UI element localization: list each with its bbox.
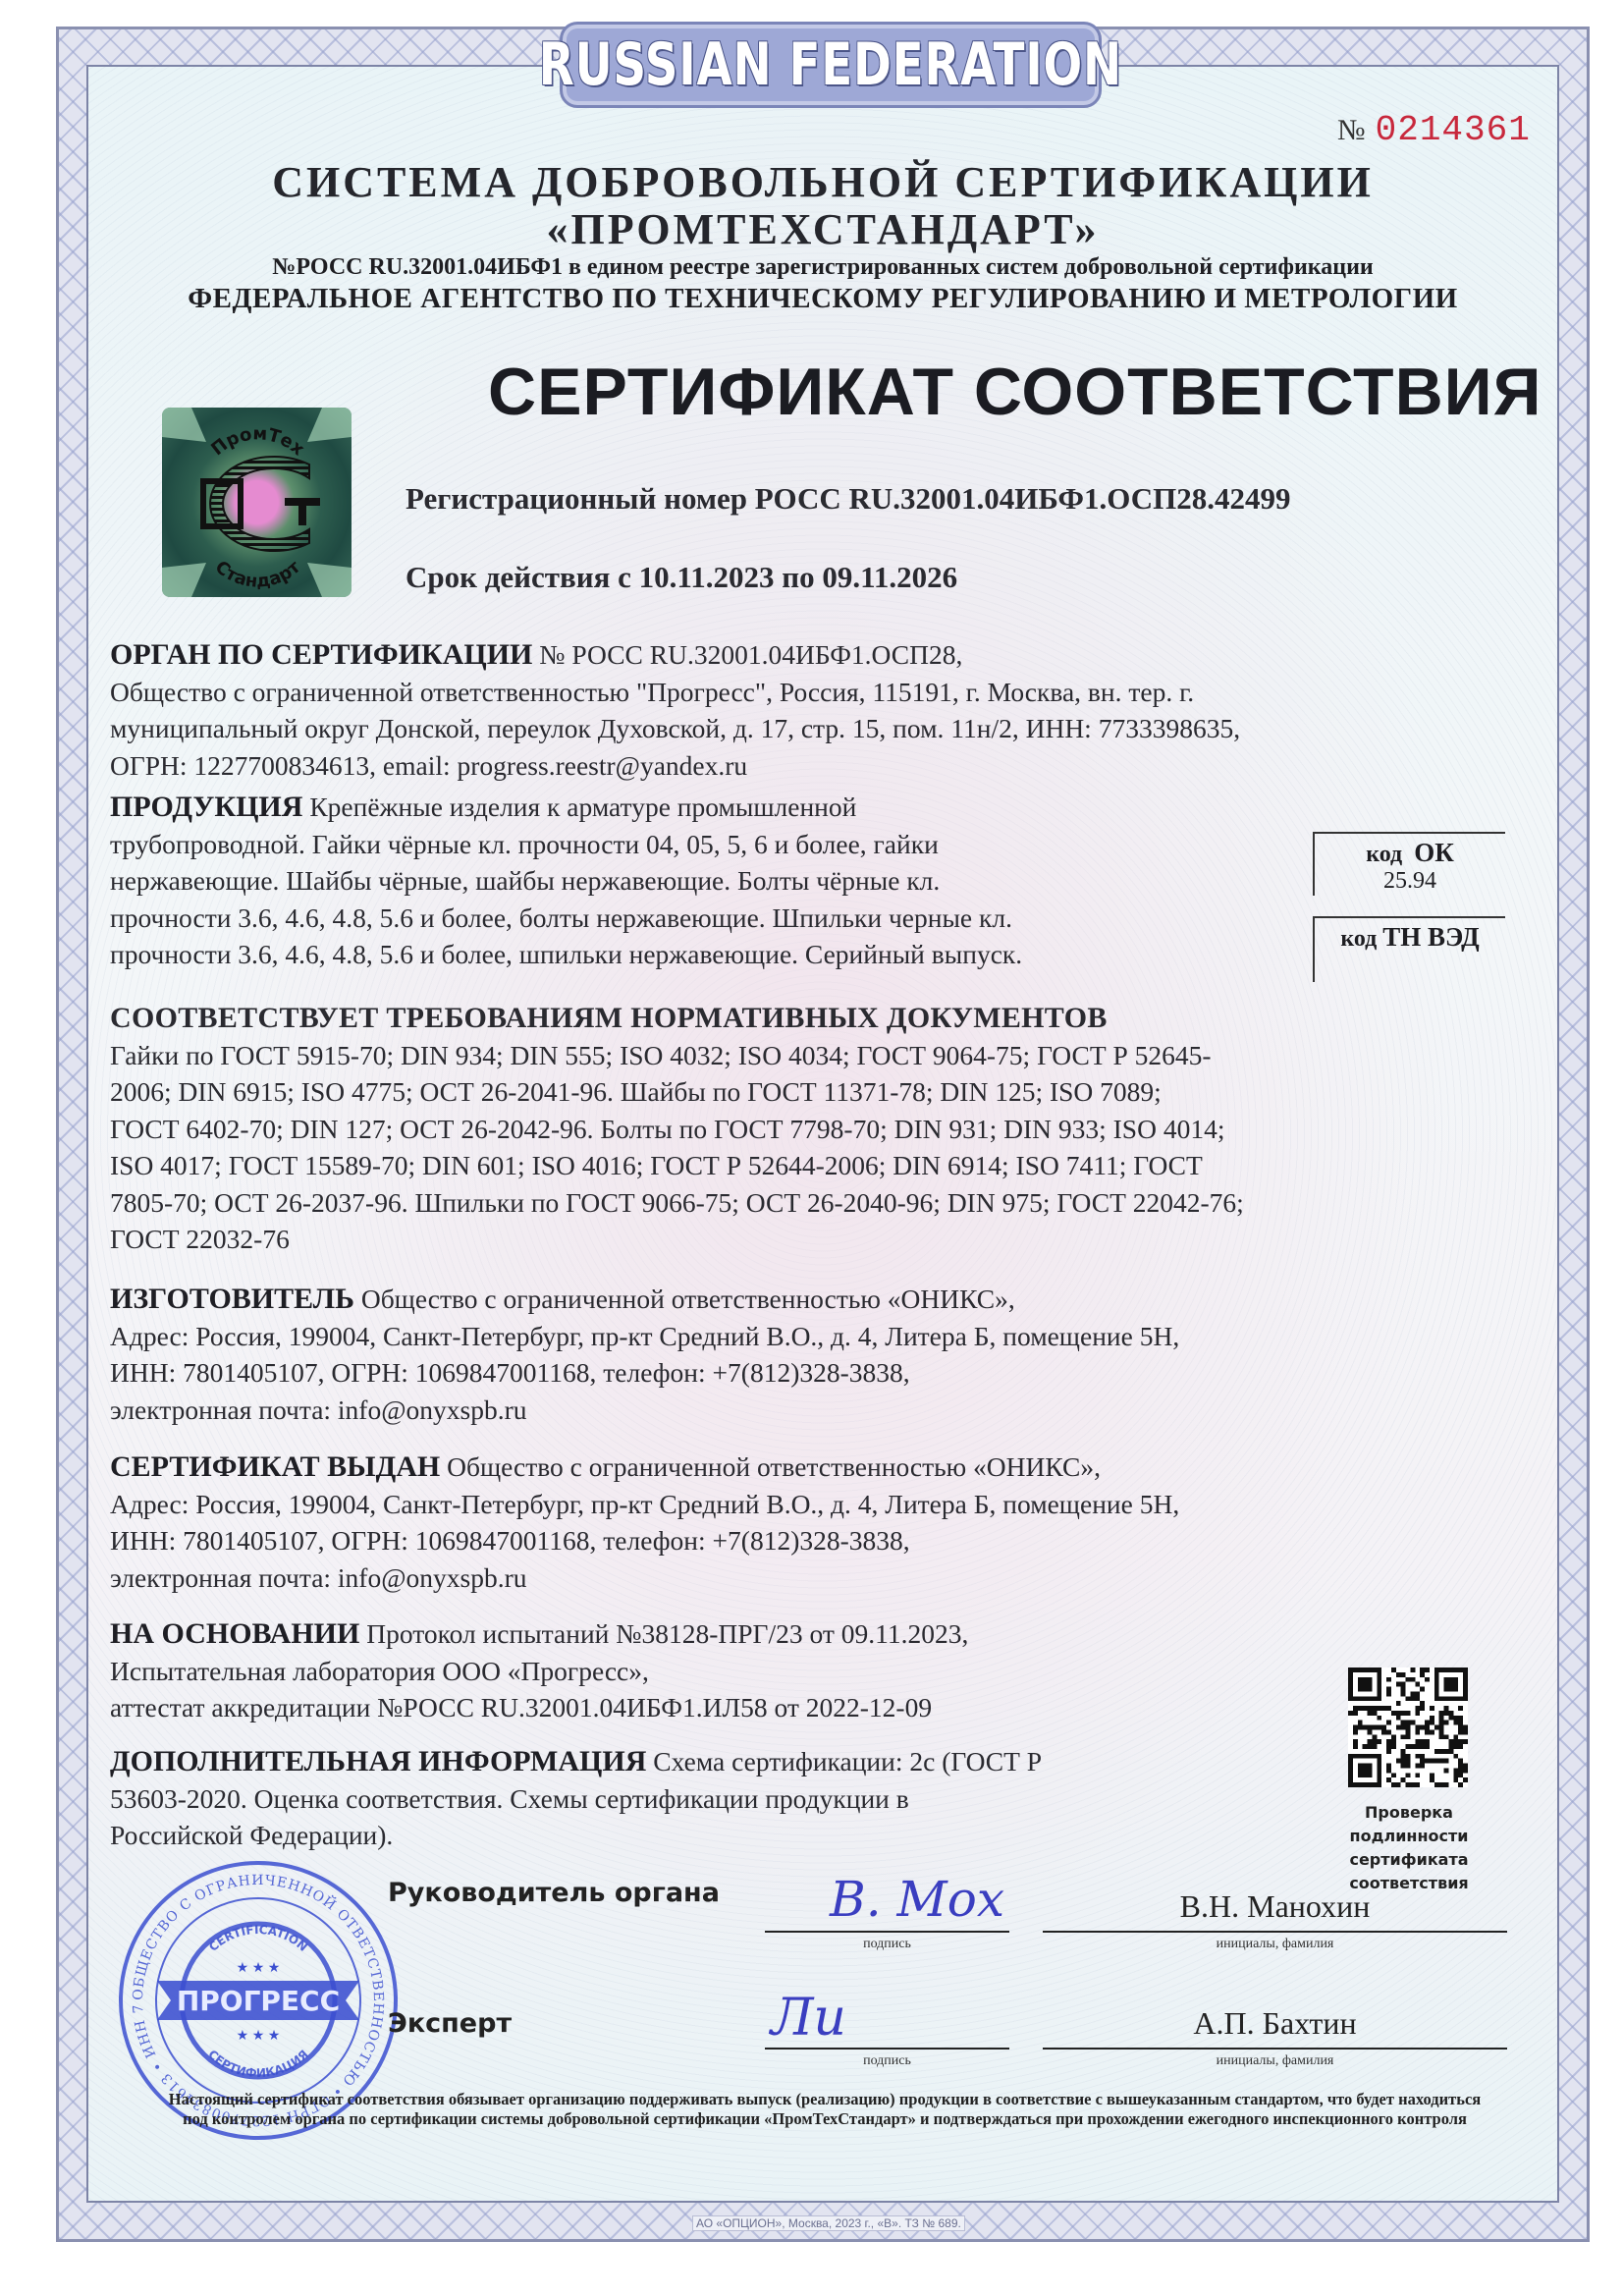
- role-head-of-body: Руководитель органа: [388, 1878, 720, 1908]
- svg-text:★ ★ ★: ★ ★ ★: [237, 2029, 281, 2044]
- number-sign: №: [1337, 114, 1366, 146]
- section-text: прочности 3.6, 4.6, 4.8, 5.6 и более, бо…: [110, 900, 1524, 937]
- agency-name: ФЕДЕРАЛЬНОЕ АГЕНТСТВО ПО ТЕХНИЧЕСКОМУ РЕ…: [86, 283, 1559, 315]
- printer-imprint: АО «ОПЦИОН», Москва, 2023 г., «В». ТЗ № …: [692, 2215, 965, 2231]
- svg-text:Стандарт: Стандарт: [211, 557, 305, 592]
- role-expert: Эксперт: [388, 2008, 512, 2039]
- section-heading: СЕРТИФИКАТ ВЫДАН: [110, 1450, 440, 1483]
- section-text: электронная почта: info@onyxspb.ru: [110, 1392, 1524, 1429]
- head-name: В.Н. Манохин: [1043, 1888, 1507, 1925]
- system-title: СИСТЕМА ДОБРОВОЛЬНОЙ СЕРТИФИКАЦИИ: [86, 157, 1559, 207]
- qr-caption-line: подлинности: [1330, 1825, 1488, 1848]
- qr-caption: Проверка подлинности сертификата соответ…: [1330, 1801, 1488, 1895]
- name-caption: инициалы, фамилия: [1043, 1937, 1507, 1952]
- banner-text: RUSSIAN FEDERATION: [539, 30, 1122, 99]
- svg-text:CERTIFICATION: CERTIFICATION: [206, 1923, 310, 1954]
- qr-caption-line: сертификата: [1330, 1848, 1488, 1872]
- code-tnved-box: код ТН ВЭД: [1313, 916, 1505, 982]
- certificate-title: СЕРТИФИКАТ СООТВЕТСТВИЯ: [488, 354, 1542, 430]
- section-text: Адрес: Россия, 199004, Санкт-Петербург, …: [110, 1486, 1524, 1523]
- section-manufacturer: ИЗГОТОВИТЕЛЬ Общество с ограниченной отв…: [110, 1281, 1524, 1428]
- code-label: код: [1340, 926, 1377, 952]
- qr-code-icon[interactable]: [1348, 1667, 1468, 1787]
- name-caption: инициалы, фамилия: [1043, 2053, 1507, 2069]
- name-line: [1043, 1931, 1507, 1933]
- signature-caption: подпись: [765, 2053, 1009, 2069]
- svg-text:ПРОГРЕСС: ПРОГРЕСС: [177, 1985, 340, 2017]
- signature-line: [765, 2048, 1009, 2050]
- serial-digits: 0214361: [1376, 110, 1531, 150]
- registration-number: Регистрационный номер РОСС RU.32001.04ИБ…: [406, 481, 1291, 517]
- section-text: прочности 3.6, 4.6, 4.8, 5.6 и более, шп…: [110, 936, 1524, 973]
- section-text: электронная почта: info@onyxspb.ru: [110, 1559, 1524, 1597]
- section-text: Схема сертификации: 2с (ГОСТ Р: [653, 1746, 1042, 1777]
- section-text: Адрес: Россия, 199004, Санкт-Петербург, …: [110, 1318, 1524, 1355]
- section-text: трубопроводной. Гайки чёрные кл. прочнос…: [110, 826, 1524, 863]
- signature-line: [765, 1931, 1009, 1933]
- system-registry-line: №РОСС RU.32001.04ИБФ1 в едином реестре з…: [86, 254, 1559, 281]
- svg-text:ПромТех: ПромТех: [207, 423, 308, 460]
- section-text: Российской Федерации).: [110, 1817, 1524, 1854]
- section-text: ISO 4017; ГОСТ 15589-70; DIN 601; ISO 40…: [110, 1147, 1524, 1184]
- section-text: аттестат аккредитации №РОСС RU.32001.04И…: [110, 1689, 1524, 1726]
- validity-period: Срок действия с 10.11.2023 по 09.11.2026: [406, 560, 957, 595]
- section-text: Общество с ограниченной ответственностью…: [361, 1284, 1015, 1314]
- section-text: ИНН: 7801405107, ОГРН: 1069847001168, те…: [110, 1522, 1524, 1559]
- section-text: муниципальный округ Донской, переулок Ду…: [110, 710, 1524, 747]
- legal-note: Настоящий сертификат соответствия обязыв…: [98, 2090, 1551, 2129]
- section-text: Гайки по ГОСТ 5915-70; DIN 934; DIN 555;…: [110, 1037, 1524, 1074]
- country-banner: RUSSIAN FEDERATION: [560, 22, 1102, 108]
- section-text: ГОСТ 22032-76: [110, 1221, 1524, 1258]
- hologram-logo-icon: ПромТех Стандарт: [162, 408, 352, 597]
- section-heading: НА ОСНОВАНИИ: [110, 1617, 359, 1650]
- code-ok-value: 25.94: [1315, 868, 1505, 894]
- legal-note-line: под контролем органа по сертификации сис…: [98, 2109, 1551, 2129]
- svg-text:★ ★ ★: ★ ★ ★: [237, 1961, 281, 1976]
- svg-text:СЕРТИФИКАЦИЯ: СЕРТИФИКАЦИЯ: [205, 2048, 311, 2080]
- section-basis: НА ОСНОВАНИИ Протокол испытаний №38128-П…: [110, 1615, 1524, 1726]
- section-text: Крепёжные изделия к арматуре промышленно…: [309, 792, 856, 822]
- section-text: Общество с ограниченной ответственностью…: [447, 1451, 1101, 1482]
- section-issued-to: СЕРТИФИКАТ ВЫДАН Общество с ограниченной…: [110, 1449, 1524, 1596]
- section-heading: СООТВЕТСТВУЕТ ТРЕБОВАНИЯМ НОРМАТИВНЫХ ДО…: [110, 1000, 1524, 1037]
- section-heading: ИЗГОТОВИТЕЛЬ: [110, 1283, 354, 1315]
- signature-head: В. Мох: [830, 1871, 1004, 1928]
- system-name: «ПРОМТЕХСТАНДАРТ»: [86, 204, 1559, 254]
- signature-expert: Ли: [771, 1989, 846, 2048]
- expert-name: А.П. Бахтин: [1043, 2005, 1507, 2042]
- section-text: 53603-2020. Оценка соответствия. Схемы с…: [110, 1780, 1524, 1818]
- code-label-main: ОК: [1414, 838, 1454, 867]
- code-label: код: [1366, 842, 1402, 867]
- code-ok-box: код ОК 25.94: [1313, 832, 1505, 896]
- section-heading: ДОПОЛНИТЕЛЬНАЯ ИНФОРМАЦИЯ: [110, 1745, 646, 1777]
- section-text: 7805-70; ОСТ 26-2037-96. Шпильки по ГОСТ…: [110, 1184, 1524, 1222]
- section-text: ОГРН: 1227700834613, email: progress.ree…: [110, 747, 1524, 785]
- section-product: ПРОДУКЦИЯ Крепёжные изделия к арматуре п…: [110, 789, 1524, 973]
- section-certification-body: ОРГАН ПО СЕРТИФИКАЦИИ № РОСС RU.32001.04…: [110, 636, 1524, 784]
- qr-caption-line: Проверка: [1330, 1801, 1488, 1825]
- section-text: нержавеющие. Шайбы чёрные, шайбы нержаве…: [110, 862, 1524, 900]
- name-line: [1043, 2048, 1507, 2050]
- section-text: ГОСТ 6402-70; DIN 127; ОСТ 26-2042-96. Б…: [110, 1111, 1524, 1148]
- legal-note-line: Настоящий сертификат соответствия обязыв…: [98, 2090, 1551, 2109]
- section-text: ИНН: 7801405107, ОГРН: 1069847001168, те…: [110, 1354, 1524, 1392]
- section-text: Протокол испытаний №38128-ПРГ/23 от 09.1…: [366, 1618, 968, 1649]
- section-text: № РОСС RU.32001.04ИБФ1.ОСП28,: [539, 639, 962, 670]
- section-heading: ПРОДУКЦИЯ: [110, 791, 302, 823]
- code-label-main: ТН ВЭД: [1382, 922, 1479, 952]
- section-text: 2006; DIN 6915; ISO 4775; ОСТ 26-2041-96…: [110, 1073, 1524, 1111]
- section-text: Испытательная лаборатория ООО «Прогресс»…: [110, 1653, 1524, 1690]
- section-text: Общество с ограниченной ответственностью…: [110, 674, 1524, 711]
- section-normative-documents: СООТВЕТСТВУЕТ ТРЕБОВАНИЯМ НОРМАТИВНЫХ ДО…: [110, 1000, 1524, 1258]
- section-heading: ОРГАН ПО СЕРТИФИКАЦИИ: [110, 638, 532, 671]
- signature-caption: подпись: [765, 1937, 1009, 1952]
- serial-number: №0214361: [1337, 110, 1531, 150]
- section-additional-info: ДОПОЛНИТЕЛЬНАЯ ИНФОРМАЦИЯ Схема сертифик…: [110, 1743, 1524, 1854]
